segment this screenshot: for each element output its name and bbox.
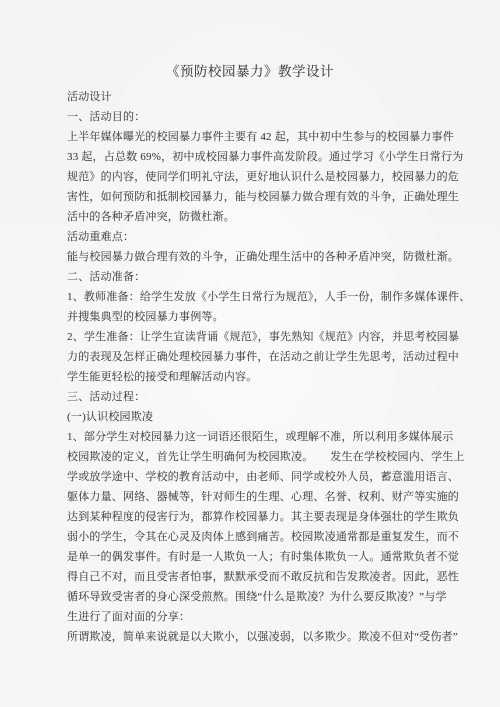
text-line: 1、部分学生对校园暴力这一词语还很陌生，或理解不准，所以利用多媒体展示 [67,427,449,447]
text-line: 循环导致受害者的身心深受煎熬。围绕“什么是欺凌？为什么要反欺凌？”与学 [67,587,449,607]
text-line: 生进行了面对面的分享： [67,607,449,627]
text-line: 是单一的偶发事件。有时是一人欺负一人；有时集体欺负一人。通常欺负者不觉 [67,547,449,567]
text-line: (一)认识校园欺凌 [67,407,449,427]
text-line: 活动重难点： [67,227,449,247]
text-line: 规范》的内容，使同学们明礼守法，更好地认识什么是校园暴力，校园暴力的危 [67,167,449,187]
text-line: 所谓欺凌，简单来说就是以大欺小，以强凌弱，以多欺少。欺凌不但对“受伤者” [67,627,449,647]
text-line: 二、活动准备： [67,267,449,287]
text-line: 三、活动过程： [67,387,449,407]
text-line: 1、教师准备：给学生发放《小学生日常行为规范》，人手一份，制作多媒体课件、 [67,287,449,307]
document-title: 《预防校园暴力》教学设计 [0,64,500,80]
text-line: 活动设计 [67,87,449,107]
text-line: 能与校园暴力做合理有效的斗争，正确处理生活中的各种矛盾冲突，防微杜渐。 [67,247,449,267]
text-line: 上半年媒体曝光的校园暴力事件主要有 42 起，其中初中生参与的校园暴力事件 [67,127,449,147]
text-line: 33 起，占总数 69%，初中成校园暴力事件高发阶段。通过学习《小学生日常行为 [67,147,449,167]
text-line: 校园欺凌的定义，首先让学生明确何为校园欺凌。 发生在学校校园内、学生上 [67,447,449,467]
text-line: 力的表现及怎样正确处理校园暴力事件，在活动之前让学生先思考，活动过程中 [67,347,449,367]
text-line: 并搜集典型的校园暴力事例等。 [67,307,449,327]
text-line: 达到某种程度的侵害行为，都算作校园暴力。其主要表现是身体强壮的学生欺负 [67,507,449,527]
scanned-document-page: 《预防校园暴力》教学设计 活动设计 一、活动目的： 上半年媒体曝光的校园暴力事件… [0,0,500,707]
document-body: 活动设计 一、活动目的： 上半年媒体曝光的校园暴力事件主要有 42 起，其中初中… [67,87,449,647]
text-line: 弱小的学生，令其在心灵及肉体上感到痛苦。校园欺凌通常都是重复发生，而不 [67,527,449,547]
text-line: 2、学生准备：让学生宣读背诵《规范》，事先熟知《规范》内容，并思考校园暴 [67,327,449,347]
text-line: 一、活动目的： [67,107,449,127]
text-line: 躯体力量、网络、器械等，针对师生的生理、心理、名誉、权利、财产等实施的 [67,487,449,507]
text-line: 学或放学途中、学校的教育活动中，由老师、同学或校外人员，蓄意滥用语言、 [67,467,449,487]
text-line: 得自己不对，而且受害者怕事，默默承受而不敢反抗和告发欺凌者。因此，恶性 [67,567,449,587]
text-line: 害性，如何预防和抵制校园暴力，能与校园暴力做合理有效的斗争，正确处理生 [67,187,449,207]
text-line: 活中的各种矛盾冲突，防微杜渐。 [67,207,449,227]
text-line: 学生能更轻松的接受和理解活动内容。 [67,367,449,387]
